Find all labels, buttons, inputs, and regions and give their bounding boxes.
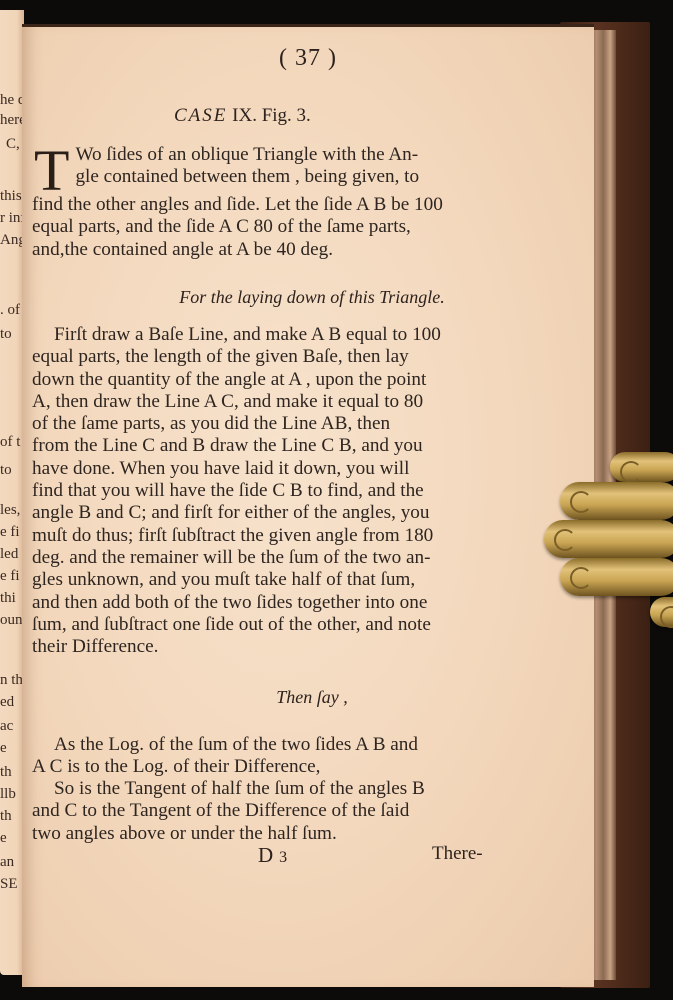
- signature-letter: D: [258, 843, 273, 867]
- facing-text-fragment: to: [0, 324, 24, 344]
- text-line: equal parts, and the ſide A C 80 of the …: [32, 216, 502, 238]
- text-line: and then add both of the two ſides toget…: [32, 592, 502, 614]
- page-number: ( 37 ): [22, 45, 594, 72]
- facing-text-fragment: led: [0, 544, 24, 564]
- text-line: A, then draw the Line A C, and make it e…: [32, 391, 502, 413]
- tangent-paragraph: So is the Tangent of half the ſum of the…: [32, 778, 502, 845]
- case-heading-italic: CASE: [174, 105, 227, 126]
- text-line: and,the contained angle at A be 40 deg.: [32, 239, 502, 261]
- text-line: find that you will have the ſide C B to …: [32, 480, 502, 502]
- text-line: gle contained between them , being given…: [32, 166, 502, 188]
- facing-text-fragment: he q: [0, 90, 24, 110]
- facing-text-fragment: llb: [0, 784, 24, 804]
- facing-text-fragment: oun: [0, 610, 24, 630]
- text-line: of the ſame parts, as you did the Line A…: [32, 413, 502, 435]
- facing-text-fragment: . of: [0, 300, 24, 320]
- facing-page-edge: he q here C, this T r infe Ang . of to o…: [0, 10, 24, 975]
- facing-text-fragment: Ang: [0, 230, 24, 250]
- text-line: Wo ſides of an oblique Triangle with the…: [32, 144, 502, 166]
- signature-mark: D3: [258, 843, 287, 868]
- facing-text-fragment: an: [0, 852, 24, 872]
- facing-text-fragment: to: [0, 460, 24, 480]
- facing-text-fragment: n th: [0, 670, 24, 690]
- text-line: have done. When you have laid it down, y…: [32, 458, 502, 480]
- text-line: gles unknown, and you muſt take half of …: [32, 569, 502, 591]
- text-line: down the quantity of the angle at A , up…: [32, 369, 502, 391]
- facing-text-fragment: e fi: [0, 522, 24, 542]
- subheading-laying-down: For the laying down of this Triangle.: [22, 287, 602, 308]
- text-line: deg. and the remainer will be the ſum of…: [32, 547, 502, 569]
- intro-paragraph: T Wo ſides of an oblique Triangle with t…: [32, 144, 502, 261]
- facing-text-fragment: e: [0, 738, 24, 758]
- brass-page-clamp: [540, 452, 673, 627]
- proportion-paragraph: As the Log. of the ſum of the two ſides …: [32, 734, 502, 779]
- signature-number: 3: [279, 849, 287, 866]
- text-line: angle B and C; and firſt for either of t…: [32, 502, 502, 524]
- facing-text-fragment: ac: [0, 716, 24, 736]
- text-line: two angles above or under the half ſum.: [32, 823, 502, 845]
- text-line: and C to the Tangent of the Difference o…: [32, 800, 502, 822]
- text-line: from the Line C and B draw the Line C B,…: [32, 435, 502, 457]
- facing-text-fragment: e: [0, 828, 24, 848]
- facing-text-fragment: e fi: [0, 566, 24, 586]
- text-line: ſum, and ſubſtract one ſide out of the o…: [32, 614, 502, 636]
- instruction-paragraph: Firſt draw a Baſe Line, and make A B equ…: [32, 324, 502, 658]
- clamp-finger: [650, 597, 673, 627]
- text-line: equal parts, the length of the given Baſ…: [32, 346, 502, 368]
- text-line: So is the Tangent of half the ſum of the…: [32, 778, 502, 800]
- facing-text-fragment: of t: [0, 432, 24, 452]
- text-line: find the other angles and ſide. Let the …: [32, 194, 502, 216]
- text-line: A C is to the Log. of their Difference,: [32, 756, 502, 778]
- facing-text-fragment: SE: [0, 874, 24, 894]
- facing-text-fragment: les,: [0, 500, 24, 520]
- text-line: As the Log. of the ſum of the two ſides …: [32, 734, 502, 756]
- case-heading-rest: IX. Fig. 3.: [232, 105, 311, 126]
- facing-text-fragment: th: [0, 762, 24, 782]
- text-line: their Difference.: [32, 636, 502, 658]
- facing-text-fragment: thi: [0, 588, 24, 608]
- drop-cap: T: [34, 148, 69, 194]
- case-heading: CASE IX. Fig. 3.: [174, 105, 311, 127]
- facing-text-fragment: this T: [0, 186, 24, 206]
- clamp-finger: [560, 482, 673, 520]
- facing-text-fragment: ed: [0, 692, 24, 712]
- facing-text-fragment: th: [0, 806, 24, 826]
- book-page: ( 37 ) CASE IX. Fig. 3. T Wo ſides of an…: [22, 24, 594, 987]
- text-line: Firſt draw a Baſe Line, and make A B equ…: [32, 324, 502, 346]
- facing-text-fragment: r infe: [0, 208, 24, 228]
- clamp-finger: [544, 520, 673, 558]
- clamp-finger: [560, 558, 673, 596]
- facing-text-fragment: here: [0, 110, 24, 130]
- catchword: There-: [432, 843, 483, 865]
- clamp-finger: [610, 452, 673, 482]
- subheading-then-say: Then ſay ,: [22, 687, 602, 708]
- text-line: muſt do thus; firſt ſubſtract the given …: [32, 525, 502, 547]
